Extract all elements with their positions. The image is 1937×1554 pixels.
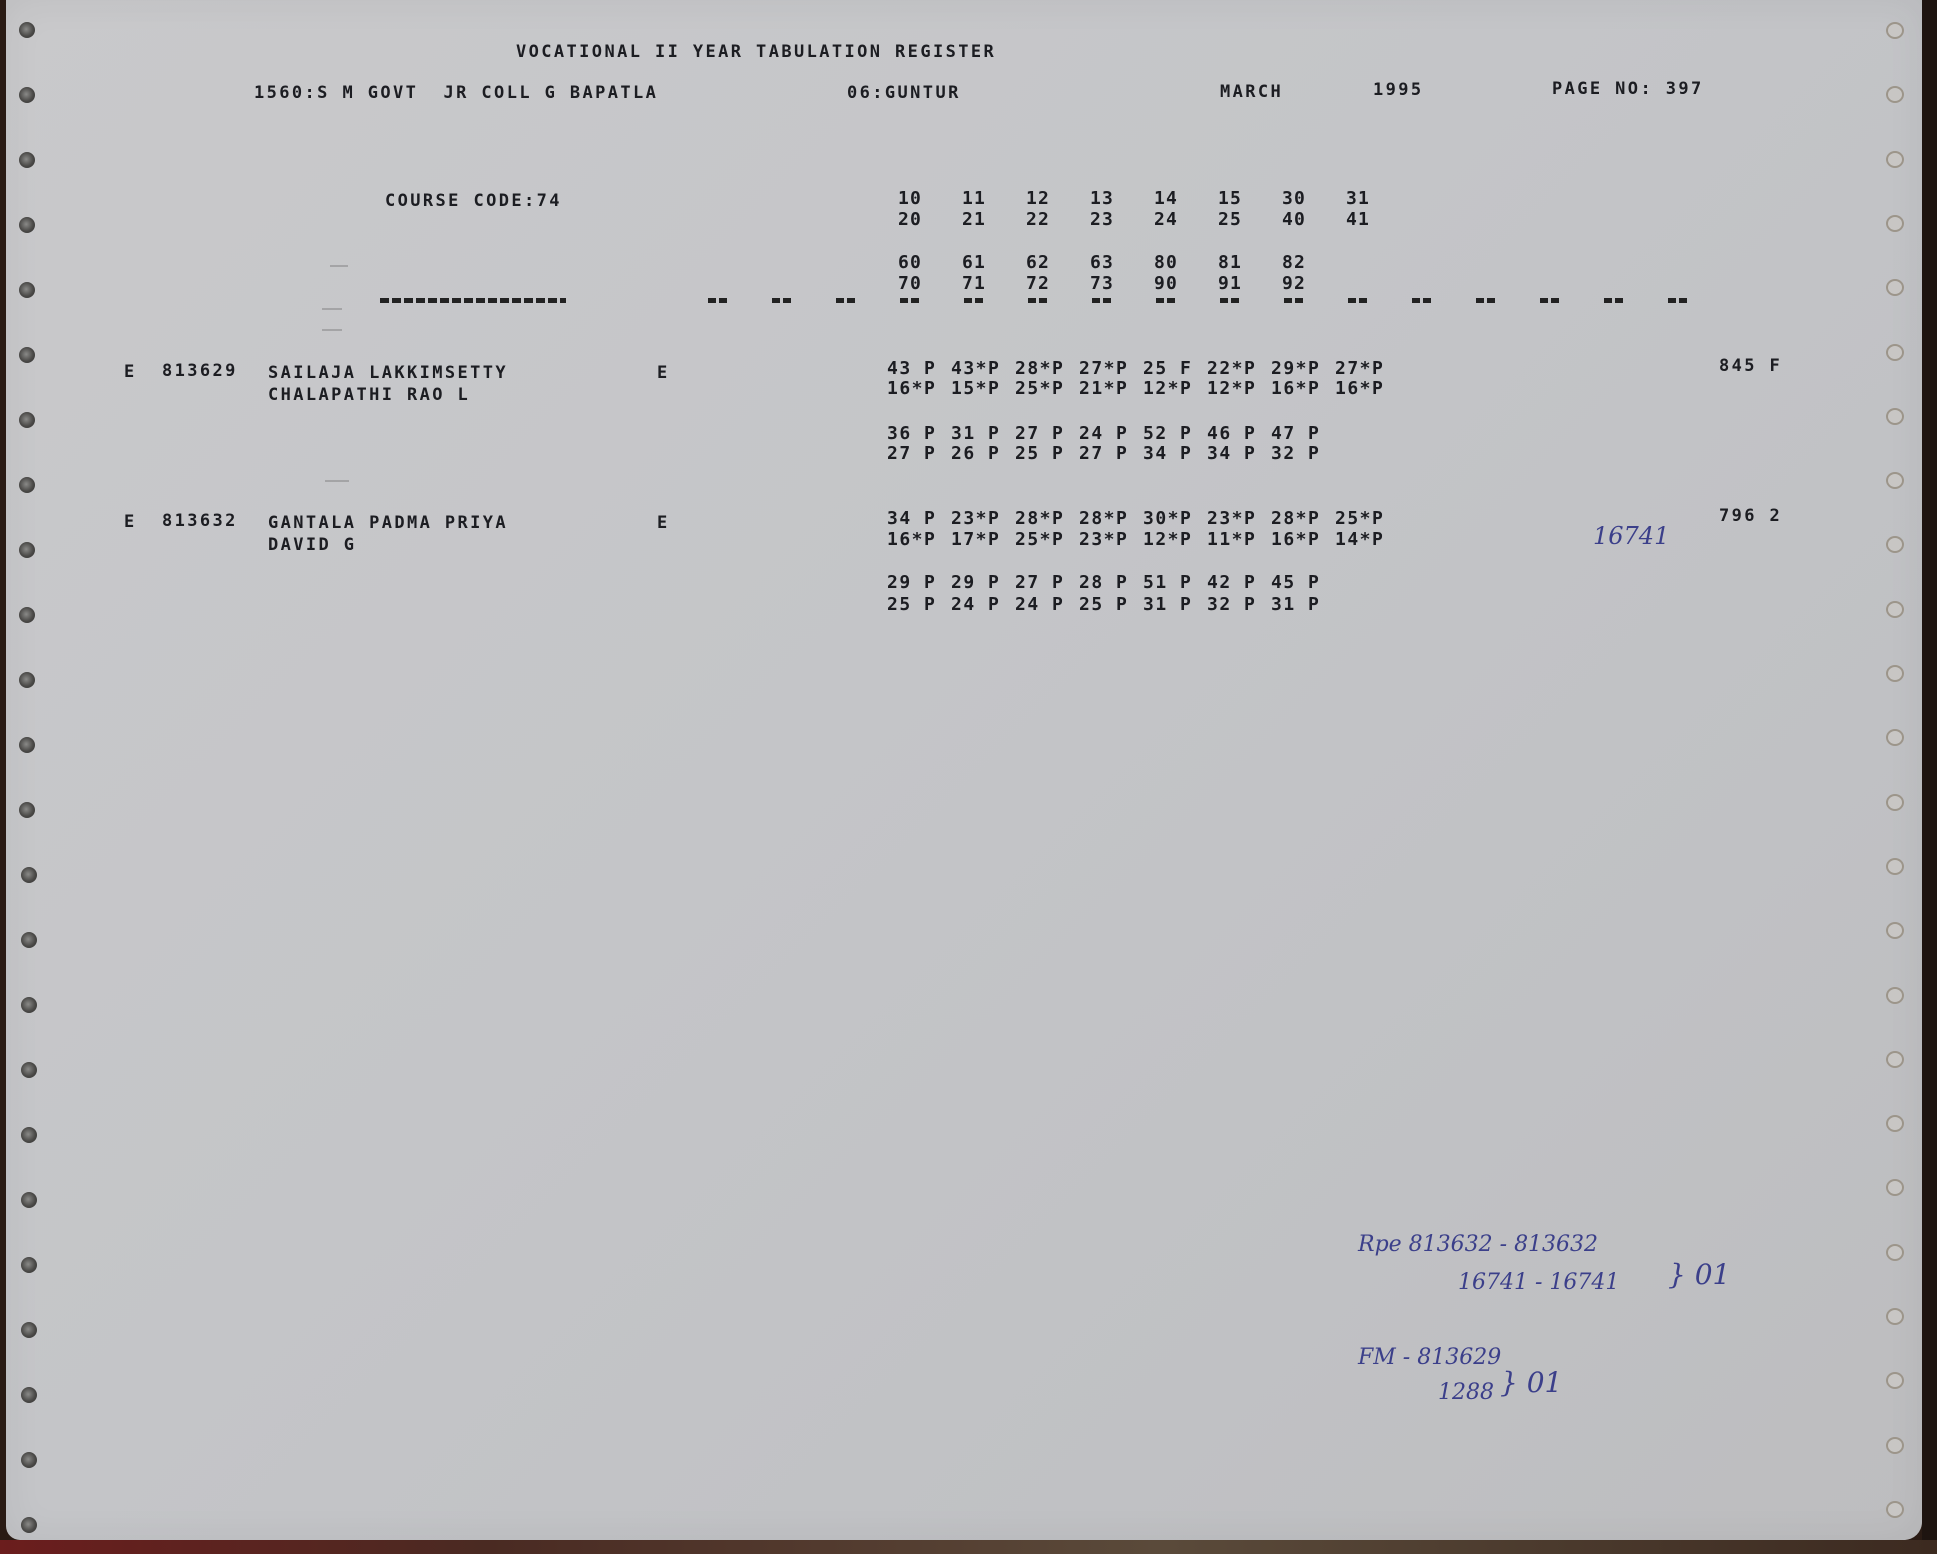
page-number: PAGE NO: 397 xyxy=(1552,79,1704,99)
faint-mark xyxy=(322,329,342,331)
mark-cell: 27 P xyxy=(1015,423,1079,444)
punch-hole xyxy=(21,1062,37,1078)
mark-cell: 25 P xyxy=(887,594,951,615)
header-code: 14 xyxy=(1154,188,1218,209)
handwritten-note-line: 16741 - 16741 xyxy=(1458,1270,1619,1295)
punch-hole xyxy=(19,22,35,38)
header-code: 20 xyxy=(898,209,962,230)
mark-cell: 24 P xyxy=(1079,423,1143,444)
roll-number: 813632 xyxy=(162,511,238,531)
student-name: GANTALA PADMA PRIYA xyxy=(268,513,508,533)
student-name: SAILAJA LAKKIMSETTY xyxy=(268,363,508,383)
mark-cell: 21*P xyxy=(1079,378,1143,399)
punch-hole xyxy=(1886,601,1904,618)
punch-hole xyxy=(19,87,35,103)
mark-cell: 23*P xyxy=(951,508,1015,529)
punch-hole xyxy=(19,802,35,818)
register-title: VOCATIONAL II YEAR TABULATION REGISTER xyxy=(516,42,996,62)
separator-dash xyxy=(964,298,984,303)
punch-hole xyxy=(1886,1244,1904,1261)
mark-cell: 27*P xyxy=(1079,358,1143,379)
mark-cell: 12*P xyxy=(1143,529,1207,550)
separator-long-dash xyxy=(380,298,566,303)
punch-hole xyxy=(1886,151,1904,168)
punch-hole xyxy=(21,1322,37,1338)
mark-cell: 16*P xyxy=(1271,378,1335,399)
mark-cell: 25 F xyxy=(1143,358,1207,379)
separator-dash xyxy=(1092,298,1112,303)
header-code: 82 xyxy=(1282,252,1346,273)
mark-cell: 16*P xyxy=(887,378,951,399)
mark-cell: 25*P xyxy=(1335,508,1399,529)
separator-dash xyxy=(1476,298,1496,303)
mark-cell: 47 P xyxy=(1271,423,1335,444)
mark-cell: 46 P xyxy=(1207,423,1271,444)
printout-page xyxy=(6,0,1922,1540)
punch-hole xyxy=(19,347,35,363)
binder-edge xyxy=(0,1540,1937,1554)
header-code: 63 xyxy=(1090,252,1154,273)
punch-hole xyxy=(1886,1308,1904,1325)
mark-cell: 31 P xyxy=(1271,594,1335,615)
header-code: 81 xyxy=(1218,252,1282,273)
mark-cell: 24 P xyxy=(951,594,1015,615)
mark-cell: 16*P xyxy=(1271,529,1335,550)
header-code: 41 xyxy=(1346,209,1410,230)
handwritten-brace: } 01 xyxy=(1668,1258,1730,1291)
punch-hole xyxy=(19,282,35,298)
mark-cell: 16*P xyxy=(1335,378,1399,399)
separator-dash xyxy=(772,298,792,303)
mark-cell: 31 P xyxy=(1143,594,1207,615)
mark-cell: 45 P xyxy=(1271,572,1335,593)
punch-hole xyxy=(21,1387,37,1403)
separator-dash xyxy=(1540,298,1560,303)
punch-hole xyxy=(19,672,35,688)
parent-name: DAVID G xyxy=(268,535,356,555)
separator-dash xyxy=(708,298,728,303)
punch-hole xyxy=(1886,1051,1904,1068)
mark-cell: 31 P xyxy=(951,423,1015,444)
mark-cell: 29 P xyxy=(951,572,1015,593)
exam-month: MARCH xyxy=(1220,82,1283,102)
separator-dash xyxy=(836,298,856,303)
header-code: 25 xyxy=(1218,209,1282,230)
separator-dash xyxy=(900,298,920,303)
punch-hole xyxy=(21,1127,37,1143)
punch-hole xyxy=(1886,1437,1904,1454)
header-code: 80 xyxy=(1154,252,1218,273)
header-code: 21 xyxy=(962,209,1026,230)
punch-hole xyxy=(1886,472,1904,489)
separator-dash xyxy=(1348,298,1368,303)
mark-cell: 27 P xyxy=(887,443,951,464)
mark-cell: 52 P xyxy=(1143,423,1207,444)
faint-mark xyxy=(325,480,349,482)
total-result: 845 F xyxy=(1719,356,1782,376)
parent-name: CHALAPATHI RAO L xyxy=(268,385,470,405)
mark-cell: 29 P xyxy=(887,572,951,593)
total-result: 796 2 xyxy=(1719,506,1782,526)
header-code: 61 xyxy=(962,252,1026,273)
mark-cell: 42 P xyxy=(1207,572,1271,593)
header-code: 72 xyxy=(1026,273,1090,294)
punch-hole xyxy=(1886,987,1904,1004)
record-category: E xyxy=(124,362,137,382)
header-code: 13 xyxy=(1090,188,1154,209)
exam-year: 1995 xyxy=(1373,80,1424,100)
punch-hole xyxy=(1886,665,1904,682)
punch-hole xyxy=(19,607,35,623)
header-code: 91 xyxy=(1218,273,1282,294)
header-code: 90 xyxy=(1154,273,1218,294)
handwritten-note-line: FM - 813629 xyxy=(1358,1345,1501,1370)
college-name: 1560:S M GOVT JR COLL G BAPATLA xyxy=(254,83,658,103)
mark-cell: 25 P xyxy=(1015,443,1079,464)
separator-dash xyxy=(1156,298,1176,303)
header-code: 10 xyxy=(898,188,962,209)
punch-hole xyxy=(1886,408,1904,425)
punch-hole xyxy=(21,867,37,883)
header-code: 22 xyxy=(1026,209,1090,230)
mark-cell: 28*P xyxy=(1015,358,1079,379)
mark-cell: 43 P xyxy=(887,358,951,379)
punch-hole xyxy=(21,1517,37,1533)
mark-cell: 25 P xyxy=(1079,594,1143,615)
header-code: 12 xyxy=(1026,188,1090,209)
mark-cell: 23*P xyxy=(1207,508,1271,529)
punch-hole xyxy=(21,1192,37,1208)
district: 06:GUNTUR xyxy=(847,83,961,103)
mark-cell: 25*P xyxy=(1015,529,1079,550)
punch-hole xyxy=(1886,858,1904,875)
punch-hole xyxy=(1886,22,1904,39)
separator-dash xyxy=(1604,298,1624,303)
mark-cell: 12*P xyxy=(1143,378,1207,399)
header-code: 24 xyxy=(1154,209,1218,230)
mark-cell: 36 P xyxy=(887,423,951,444)
punch-hole xyxy=(19,412,35,428)
mark-cell: 34 P xyxy=(1207,443,1271,464)
mark-cell: 34 P xyxy=(1143,443,1207,464)
punch-hole xyxy=(21,932,37,948)
header-code: 15 xyxy=(1218,188,1282,209)
mark-cell: 27 P xyxy=(1079,443,1143,464)
mark-cell: 24 P xyxy=(1015,594,1079,615)
header-code: 62 xyxy=(1026,252,1090,273)
mark-cell: 32 P xyxy=(1207,594,1271,615)
mark-cell: 27 P xyxy=(1015,572,1079,593)
separator-dash xyxy=(1220,298,1240,303)
mark-cell: 14*P xyxy=(1335,529,1399,550)
header-code: 92 xyxy=(1282,273,1346,294)
course-code: COURSE CODE:74 xyxy=(385,191,562,211)
mark-cell: 30*P xyxy=(1143,508,1207,529)
mark-cell: 29*P xyxy=(1271,358,1335,379)
separator-dash xyxy=(1668,298,1688,303)
mark-cell: 28*P xyxy=(1079,508,1143,529)
mark-cell: 34 P xyxy=(887,508,951,529)
mark-cell: 28*P xyxy=(1015,508,1079,529)
punch-hole xyxy=(19,152,35,168)
mark-cell: 15*P xyxy=(951,378,1015,399)
medium: E xyxy=(657,363,670,383)
separator-dash xyxy=(1284,298,1304,303)
paper-edge-shadow xyxy=(1922,0,1937,1554)
mark-cell: 43*P xyxy=(951,358,1015,379)
punch-hole xyxy=(19,477,35,493)
punch-hole xyxy=(21,1257,37,1273)
punch-hole xyxy=(1886,1501,1904,1518)
header-code: 40 xyxy=(1282,209,1346,230)
mark-cell: 17*P xyxy=(951,529,1015,550)
punch-hole xyxy=(19,217,35,233)
punch-hole xyxy=(19,737,35,753)
mark-cell: 22*P xyxy=(1207,358,1271,379)
mark-cell: 28 P xyxy=(1079,572,1143,593)
punch-hole xyxy=(19,542,35,558)
punch-hole xyxy=(1886,215,1904,232)
separator-dash xyxy=(1028,298,1048,303)
faint-mark xyxy=(322,308,342,310)
mark-cell: 28*P xyxy=(1271,508,1335,529)
punch-hole xyxy=(1886,794,1904,811)
roll-number: 813629 xyxy=(162,361,238,381)
header-code: 70 xyxy=(898,273,962,294)
header-code: 60 xyxy=(898,252,962,273)
punch-hole xyxy=(21,1452,37,1468)
punch-hole xyxy=(1886,344,1904,361)
punch-hole xyxy=(1886,1115,1904,1132)
handwritten-note-line: 1288 xyxy=(1438,1380,1494,1405)
medium: E xyxy=(657,513,670,533)
mark-cell: 51 P xyxy=(1143,572,1207,593)
header-code: 73 xyxy=(1090,273,1154,294)
header-code: 71 xyxy=(962,273,1026,294)
header-code: 30 xyxy=(1282,188,1346,209)
mark-cell: 25*P xyxy=(1015,378,1079,399)
handwritten-brace: } 01 xyxy=(1500,1366,1562,1399)
mark-cell: 27*P xyxy=(1335,358,1399,379)
mark-cell: 32 P xyxy=(1271,443,1335,464)
header-code: 11 xyxy=(962,188,1026,209)
mark-cell: 23*P xyxy=(1079,529,1143,550)
faint-mark xyxy=(330,265,348,267)
mark-cell: 12*P xyxy=(1207,378,1271,399)
mark-cell: 26 P xyxy=(951,443,1015,464)
header-code: 31 xyxy=(1346,188,1410,209)
handwritten-annotation: 16741 xyxy=(1593,522,1669,550)
mark-cell: 11*P xyxy=(1207,529,1271,550)
separator-dash xyxy=(1412,298,1432,303)
punch-hole xyxy=(21,997,37,1013)
header-code: 23 xyxy=(1090,209,1154,230)
record-category: E xyxy=(124,512,137,532)
mark-cell: 16*P xyxy=(887,529,951,550)
handwritten-note-line: Rpe 813632 - 813632 xyxy=(1358,1232,1598,1257)
